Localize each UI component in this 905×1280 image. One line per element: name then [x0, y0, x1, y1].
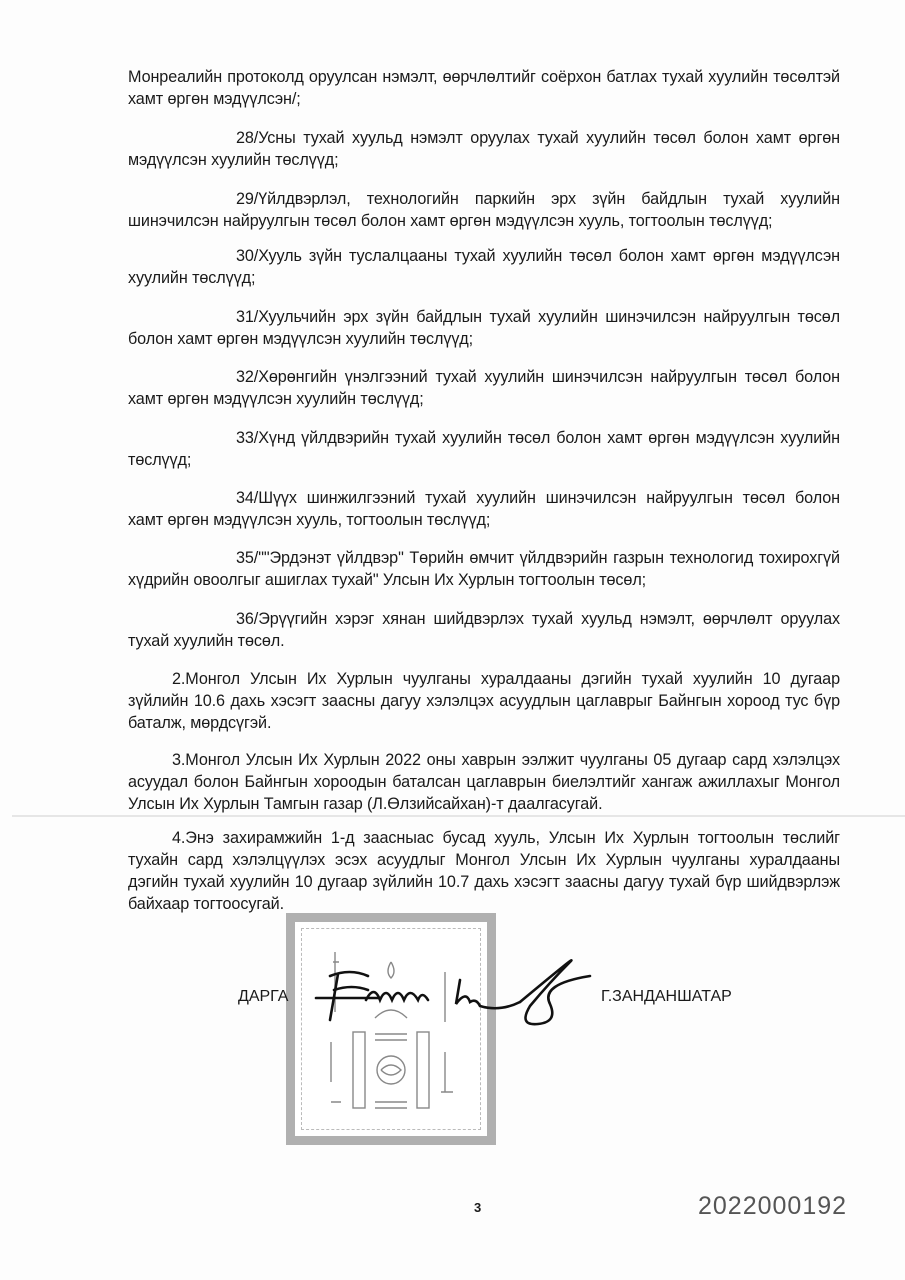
list-item-33: 33/Хүнд үйлдвэрийн тухай хуулийн төсөл б…	[128, 427, 840, 471]
list-item-29: 29/Үйлдвэрлэл, технологийн паркийн эрх з…	[128, 188, 840, 232]
clause-2: 2.Монгол Улсын Их Хурлын чуулганы хуралд…	[128, 668, 840, 734]
signatory-name: Г.ЗАНДАНШАТАР	[601, 988, 732, 1006]
document-page: Монреалийн протоколд оруулсан нэмэлт, өө…	[0, 0, 905, 1280]
page-number: 3	[474, 1200, 481, 1215]
signature-icon	[310, 940, 610, 1040]
scan-fold-line	[12, 815, 905, 817]
clause-3: 3.Монгол Улсын Их Хурлын 2022 оны хаврын…	[128, 749, 840, 815]
list-item-30: 30/Хууль зүйн туслалцааны тухай хуулийн …	[128, 245, 840, 289]
list-item-36: 36/Эрүүгийн хэрэг хянан шийдвэрлэх тухай…	[128, 608, 840, 652]
list-item-28: 28/Усны тухай хуульд нэмэлт оруулах туха…	[128, 127, 840, 171]
clause-4: 4.Энэ захирамжийн 1-д заасныас бусад хуу…	[128, 827, 840, 915]
list-item-31: 31/Хуульчийн эрх зүйн байдлын тухай хуул…	[128, 306, 840, 350]
signatory-title: ДАРГА	[238, 988, 288, 1006]
continuation-paragraph: Монреалийн протоколд оруулсан нэмэлт, өө…	[128, 66, 840, 110]
list-item-34: 34/Шүүх шинжилгээний тухай хуулийн шинэч…	[128, 487, 840, 531]
registration-number: 2022000192	[698, 1192, 847, 1221]
list-item-35: 35/""Эрдэнэт үйлдвэр" Төрийн өмчит үйлдв…	[128, 547, 840, 591]
list-item-32: 32/Хөрөнгийн үнэлгээний тухай хуулийн ши…	[128, 366, 840, 410]
